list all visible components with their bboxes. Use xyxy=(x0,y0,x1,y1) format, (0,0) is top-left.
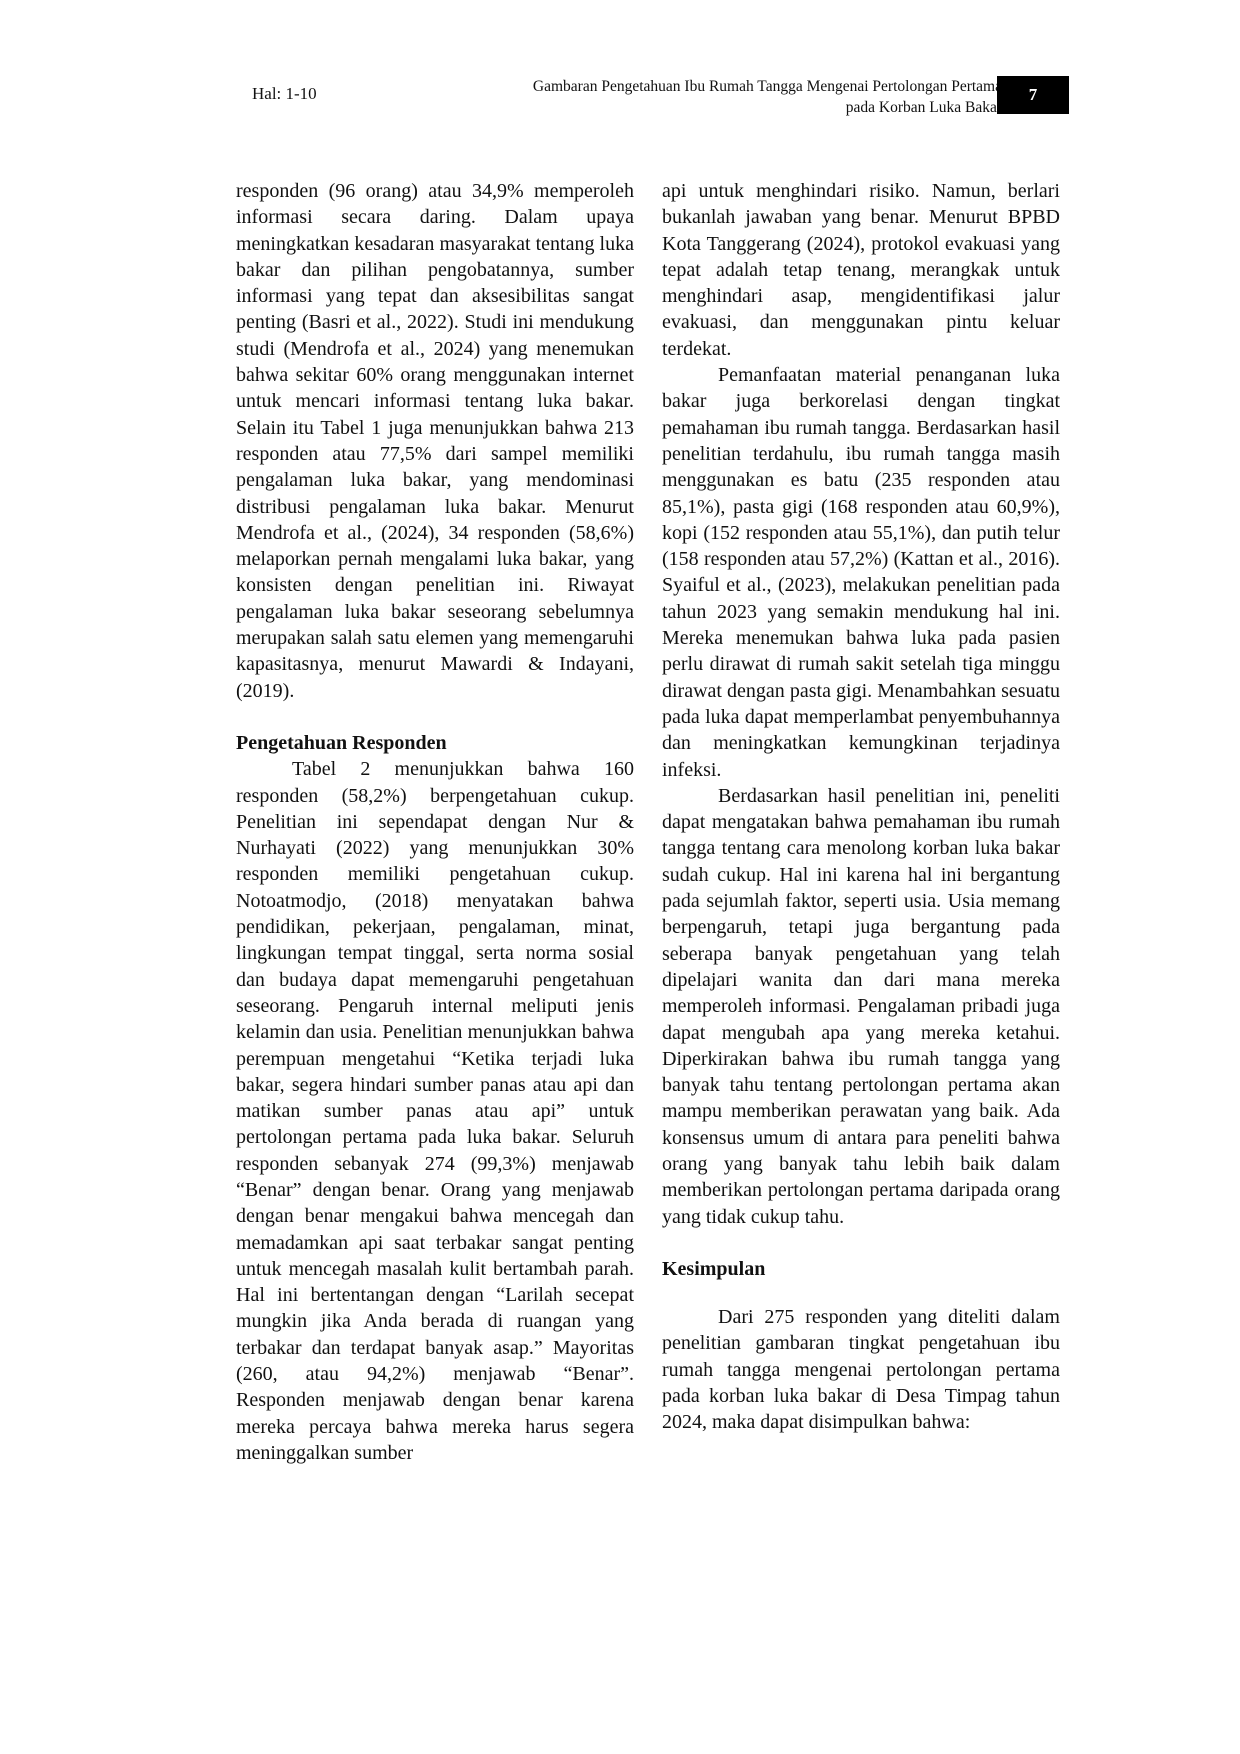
running-title-line-2: pada Korban Luka Bakar xyxy=(442,97,1002,118)
right-column: api untuk menghindari risiko. Namun, ber… xyxy=(662,178,1060,1436)
page-range: Hal: 1-10 xyxy=(252,84,317,104)
running-title: Gambaran Pengetahuan Ibu Rumah Tangga Me… xyxy=(442,76,1002,118)
paragraph-burn-materials: Pemanfaatan material penanganan luka bak… xyxy=(662,362,1060,783)
left-column: responden (96 orang) atau 34,9% memperol… xyxy=(236,178,634,1466)
section-spacer xyxy=(662,1230,1060,1256)
section-spacer xyxy=(662,1282,1060,1304)
paragraph-evacuation-protocol: api untuk menghindari risiko. Namun, ber… xyxy=(662,178,1060,362)
paragraph-information-sources: responden (96 orang) atau 34,9% memperol… xyxy=(236,178,634,704)
page-number-box: 7 xyxy=(997,76,1069,114)
section-heading-pengetahuan-responden: Pengetahuan Responden xyxy=(236,730,634,756)
paragraph-knowledge-results: Tabel 2 menunjukkan bahwa 160 responden … xyxy=(236,756,634,1466)
paragraph-discussion-summary: Berdasarkan hasil penelitian ini, peneli… xyxy=(662,783,1060,1230)
section-heading-kesimpulan: Kesimpulan xyxy=(662,1256,1060,1282)
running-title-line-1: Gambaran Pengetahuan Ibu Rumah Tangga Me… xyxy=(442,76,1002,97)
paragraph-conclusion: Dari 275 responden yang diteliti dalam p… xyxy=(662,1304,1060,1435)
section-spacer xyxy=(236,704,634,730)
